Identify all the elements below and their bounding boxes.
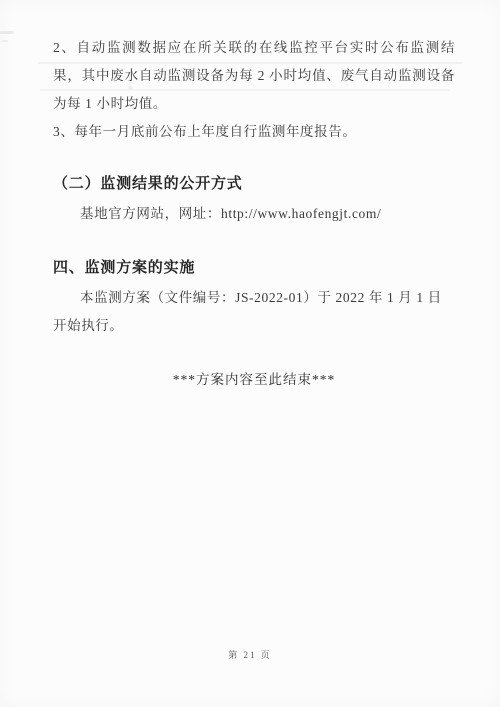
paragraph-plan-effective-date: 本监测方案（文件编号：JS-2022-01）于 2022 年 1 月 1 日开始… xyxy=(53,284,455,340)
subsection-heading-disclosure-method: （二）监测结果的公开方式 xyxy=(53,172,455,196)
document-content: 2、自动监测数据应在所关联的在线监控平台实时公布监测结果，其中废水自动监测设备为… xyxy=(53,34,455,408)
scanned-document-page: 2、自动监测数据应在所关联的在线监控平台实时公布监测结果，其中废水自动监测设备为… xyxy=(0,0,500,707)
document-end-marker: ***方案内容至此结束*** xyxy=(53,366,455,394)
page-number: 第 21 页 xyxy=(0,648,500,661)
scan-artifact-smudge xyxy=(0,31,14,34)
section-heading-plan-implementation: 四、监测方案的实施 xyxy=(53,256,455,280)
paragraph-official-website-url: 基地官方网站，网址：http://www.haofengjt.com/ xyxy=(53,200,455,228)
paragraph-auto-monitoring-data: 2、自动监测数据应在所关联的在线监控平台实时公布监测结果，其中废水自动监测设备为… xyxy=(53,34,455,118)
scan-artifact-smudge xyxy=(2,40,8,42)
paragraph-annual-report: 3、每年一月底前公布上年度自行监测年度报告。 xyxy=(53,118,455,146)
